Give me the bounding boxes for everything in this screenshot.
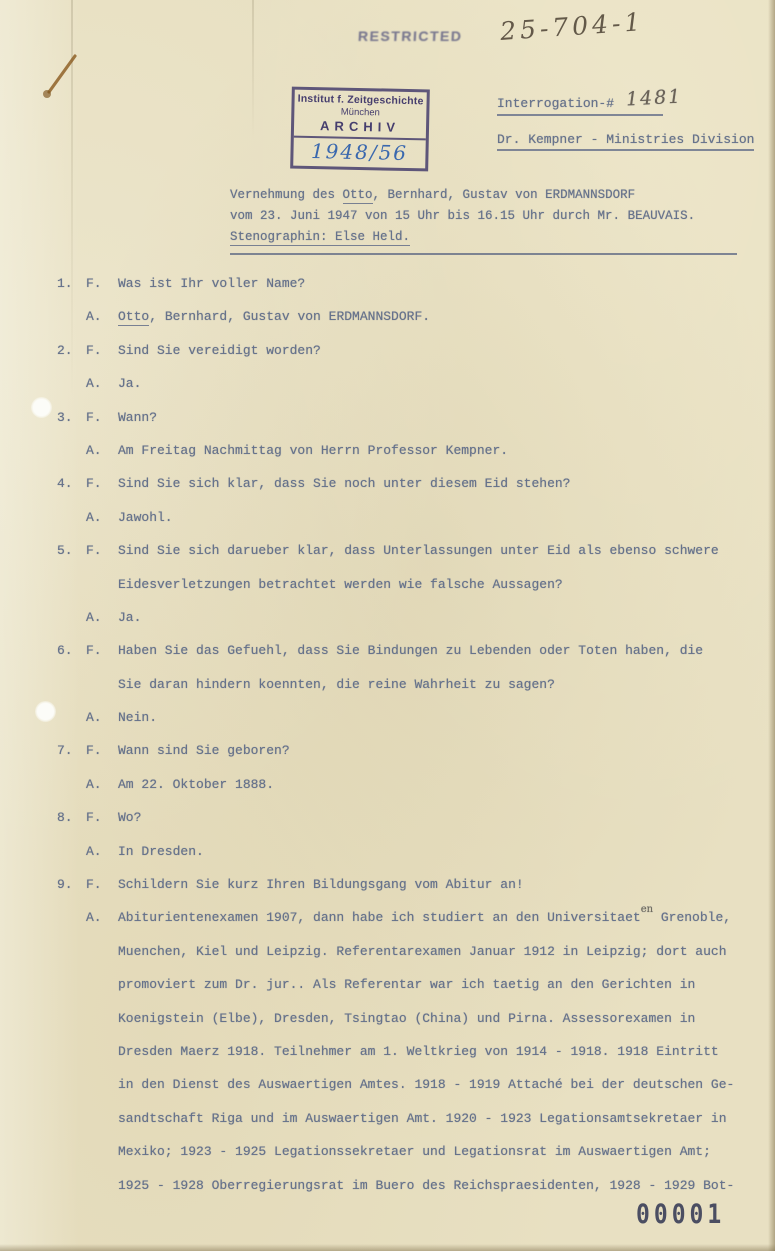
text-run: promoviert zum Dr. jur.. Als Referentar … [118,977,695,992]
interrogation-number-line: Interrogation-#1481 [497,90,663,116]
qa-role-label: F. [86,410,118,425]
qa-role-label: A. [86,777,118,792]
qa-role-label: F. [86,810,118,825]
qa-text: Am 22. Oktober 1888. [118,777,274,792]
text-run: Sind Sie sich darueber klar, dass Unterl… [118,543,719,558]
qa-line: 4.F.Sind Sie sich klar, dass Sie noch un… [57,476,747,509]
qa-line: Muenchen, Kiel und Leipzig. Referentarex… [57,944,747,977]
text-run: Vernehmung des [230,188,343,202]
qa-line: A.Am 22. Oktober 1888. [57,777,747,810]
qa-text: in den Dienst des Auswaertigen Amtes. 19… [118,1077,734,1092]
qa-line: A.Nein. [57,710,747,743]
qa-item-number: 9. [57,877,86,892]
qa-item-number: 2. [57,343,86,358]
qa-line: Eidesverletzungen betrachtet werden wie … [57,577,747,610]
qa-text: Haben Sie das Gefuehl, dass Sie Bindunge… [118,643,703,658]
qa-role-label: A. [86,510,118,525]
text-run: Am Freitag Nachmittag von Herrn Professo… [118,443,508,458]
intro-line: Stenographin: Else Held. [230,230,737,255]
intro-line: vom 23. Juni 1947 von 15 Uhr bis 16.15 U… [230,209,742,230]
text-run: Eidesverletzungen betrachtet werden wie … [118,577,563,592]
qa-text: Was ist Ihr voller Name? [118,276,305,291]
text-run: Ja. [118,376,141,391]
text-run: 1925 - 1928 Oberregierungsrat im Buero d… [118,1178,734,1193]
intro-block: Vernehmung des Otto, Bernhard, Gustav vo… [230,188,742,255]
ink-mark [35,48,87,110]
qa-role-label: A. [86,610,118,625]
text-run: Otto [118,309,149,326]
qa-text: Sind Sie sich klar, dass Sie noch unter … [118,476,570,491]
text-run: In Dresden. [118,844,204,859]
qa-line: Mexiko; 1923 - 1925 Legationssekretaer u… [57,1144,747,1177]
text-run: Ja. [118,610,141,625]
qa-role-label: F. [86,276,118,291]
paper-crease [252,0,254,140]
text-run: Otto [343,188,373,204]
text-run: Muenchen, Kiel und Leipzig. Referentarex… [118,944,727,959]
punch-hole [35,701,56,722]
document-page: RESTRICTED 25-704-1 Institut f. Zeitgesc… [0,0,775,1251]
qa-item-number: 7. [57,743,86,758]
qa-role-label: F. [86,877,118,892]
qa-text: Wann? [118,410,157,425]
text-run: Sind Sie vereidigt worden? [118,343,321,358]
qa-text: Wo? [118,810,141,825]
qa-line: A.In Dresden. [57,844,747,877]
archive-stamp-number-row: 1948/56 [293,136,426,169]
text-run: Was ist Ihr voller Name? [118,276,305,291]
qa-line: Dresden Maerz 1918. Teilnehmer am 1. Wel… [57,1044,747,1077]
text-run: Nein. [118,710,157,725]
qa-role-label: A. [86,443,118,458]
qa-line: 6.F.Haben Sie das Gefuehl, dass Sie Bind… [57,643,747,676]
qa-text: Dresden Maerz 1918. Teilnehmer am 1. Wel… [118,1044,719,1059]
qa-line: promoviert zum Dr. jur.. Als Referentar … [57,977,747,1010]
qa-line: 1.F.Was ist Ihr voller Name? [57,276,747,309]
qa-line: 8.F.Wo? [57,810,747,843]
qa-line: A.Ja. [57,610,747,643]
paper-bottom-edge [0,1244,775,1251]
qa-role-label: F. [86,743,118,758]
interrogation-label: Interrogation-# [497,96,614,111]
archive-stamp: Institut f. Zeitgeschichte München ARCHI… [290,87,430,172]
qa-item-number: 1. [57,276,86,291]
text-run: Abiturientenexamen 1907, dann habe ich s… [118,910,641,925]
qa-item-number: 8. [57,810,86,825]
qa-text: Koenigstein (Elbe), Dresden, Tsingtao (C… [118,1011,695,1026]
qa-text: Nein. [118,710,157,725]
qa-role-label: A. [86,710,118,725]
qa-text: Wann sind Sie geboren? [118,743,290,758]
punch-hole [31,397,52,418]
qa-text: Otto, Bernhard, Gustav von ERDMANNSDORF. [118,309,430,324]
paper-right-edge [768,0,775,1251]
interrogation-number-handwritten: 1481 [625,86,682,111]
qa-text: sandtschaft Riga und im Auswaertigen Amt… [118,1111,727,1126]
text-run: Grenoble, [653,910,731,925]
text-run: sandtschaft Riga und im Auswaertigen Amt… [118,1111,727,1126]
qa-role-label: F. [86,543,118,558]
qa-item-number: 5. [57,543,86,558]
qa-text: Ja. [118,610,141,625]
qa-text: Sind Sie sich darueber klar, dass Unterl… [118,543,719,558]
qa-role-label: A. [86,376,118,391]
qa-line: 2.F.Sind Sie vereidigt worden? [57,343,747,376]
qa-role-label: A. [86,910,118,925]
text-run: in den Dienst des Auswaertigen Amtes. 19… [118,1077,734,1092]
qa-line: in den Dienst des Auswaertigen Amtes. 19… [57,1077,747,1110]
qa-text: Ja. [118,376,141,391]
page-number-stamp: 00001 [636,1200,725,1230]
qa-line: A.Otto, Bernhard, Gustav von ERDMANNSDOR… [57,309,747,342]
text-run: Haben Sie das Gefuehl, dass Sie Bindunge… [118,643,703,658]
qa-text: Am Freitag Nachmittag von Herrn Professo… [118,443,508,458]
text-run: Jawohl. [118,510,173,525]
qa-role-label: F. [86,476,118,491]
qa-text: Sie daran hindern koennten, die reine Wa… [118,677,555,692]
qa-line: 5.F.Sind Sie sich darueber klar, dass Un… [57,543,747,576]
archive-stamp-handwritten-number: 1948/56 [311,139,409,165]
qa-text: Eidesverletzungen betrachtet werden wie … [118,577,563,592]
qa-transcript: 1.F.Was ist Ihr voller Name?A.Otto, Bern… [57,276,747,1211]
qa-line: A.Am Freitag Nachmittag von Herrn Profes… [57,443,747,476]
classification-stamp: RESTRICTED [358,28,463,44]
qa-line: A.Jawohl. [57,510,747,543]
handwritten-reference-number: 25-704-1 [499,7,645,46]
qa-text: Mexiko; 1923 - 1925 Legationssekretaer u… [118,1144,711,1159]
qa-item-number: 4. [57,476,86,491]
archive-stamp-institute: Institut f. Zeitgeschichte [294,90,426,108]
qa-text: Schildern Sie kurz Ihren Bildungsgang vo… [118,877,524,892]
qa-line: sandtschaft Riga und im Auswaertigen Amt… [57,1111,747,1144]
text-run: Wo? [118,810,141,825]
text-run: Sind Sie sich klar, dass Sie noch unter … [118,476,570,491]
qa-text: In Dresden. [118,844,204,859]
qa-line: Koenigstein (Elbe), Dresden, Tsingtao (C… [57,1011,747,1044]
qa-text: promoviert zum Dr. jur.. Als Referentar … [118,977,695,992]
text-run: , Bernhard, Gustav von ERDMANNSDORF [373,188,636,202]
text-run: Koenigstein (Elbe), Dresden, Tsingtao (C… [118,1011,695,1026]
qa-line: A.Ja. [57,376,747,409]
qa-line: 7.F.Wann sind Sie geboren? [57,743,747,776]
qa-text: Muenchen, Kiel und Leipzig. Referentarex… [118,944,727,959]
text-run: Schildern Sie kurz Ihren Bildungsgang vo… [118,877,524,892]
qa-line: A.Abiturientenexamen 1907, dann habe ich… [57,910,747,943]
text-run: Wann? [118,410,157,425]
text-run: , Bernhard, Gustav von ERDMANNSDORF. [149,309,430,324]
text-run: vom 23. Juni 1947 von 15 Uhr bis 16.15 U… [230,209,695,223]
qa-role-label: F. [86,643,118,658]
text-run: Stenographin: Else Held. [230,230,410,246]
text-run: Mexiko; 1923 - 1925 Legationssekretaer u… [118,1144,711,1159]
qa-role-label: F. [86,343,118,358]
intro-line: Vernehmung des Otto, Bernhard, Gustav vo… [230,188,742,209]
text-run: Am 22. Oktober 1888. [118,777,274,792]
qa-item-number: 3. [57,410,86,425]
attribution-line: Dr. Kempner - Ministries Division [497,132,754,151]
qa-line: 3.F.Wann? [57,410,747,443]
qa-role-label: A. [86,844,118,859]
text-run: Dresden Maerz 1918. Teilnehmer am 1. Wel… [118,1044,719,1059]
qa-text: Sind Sie vereidigt worden? [118,343,321,358]
text-run: Sie daran hindern koennten, die reine Wa… [118,677,555,692]
qa-text: Jawohl. [118,510,173,525]
qa-text: Abiturientenexamen 1907, dann habe ich s… [118,910,731,925]
qa-text: 1925 - 1928 Oberregierungsrat im Buero d… [118,1178,734,1193]
text-run: en [641,904,653,915]
qa-item-number: 6. [57,643,86,658]
text-run: Wann sind Sie geboren? [118,743,290,758]
qa-line: Sie daran hindern koennten, die reine Wa… [57,677,747,710]
qa-role-label: A. [86,309,118,324]
